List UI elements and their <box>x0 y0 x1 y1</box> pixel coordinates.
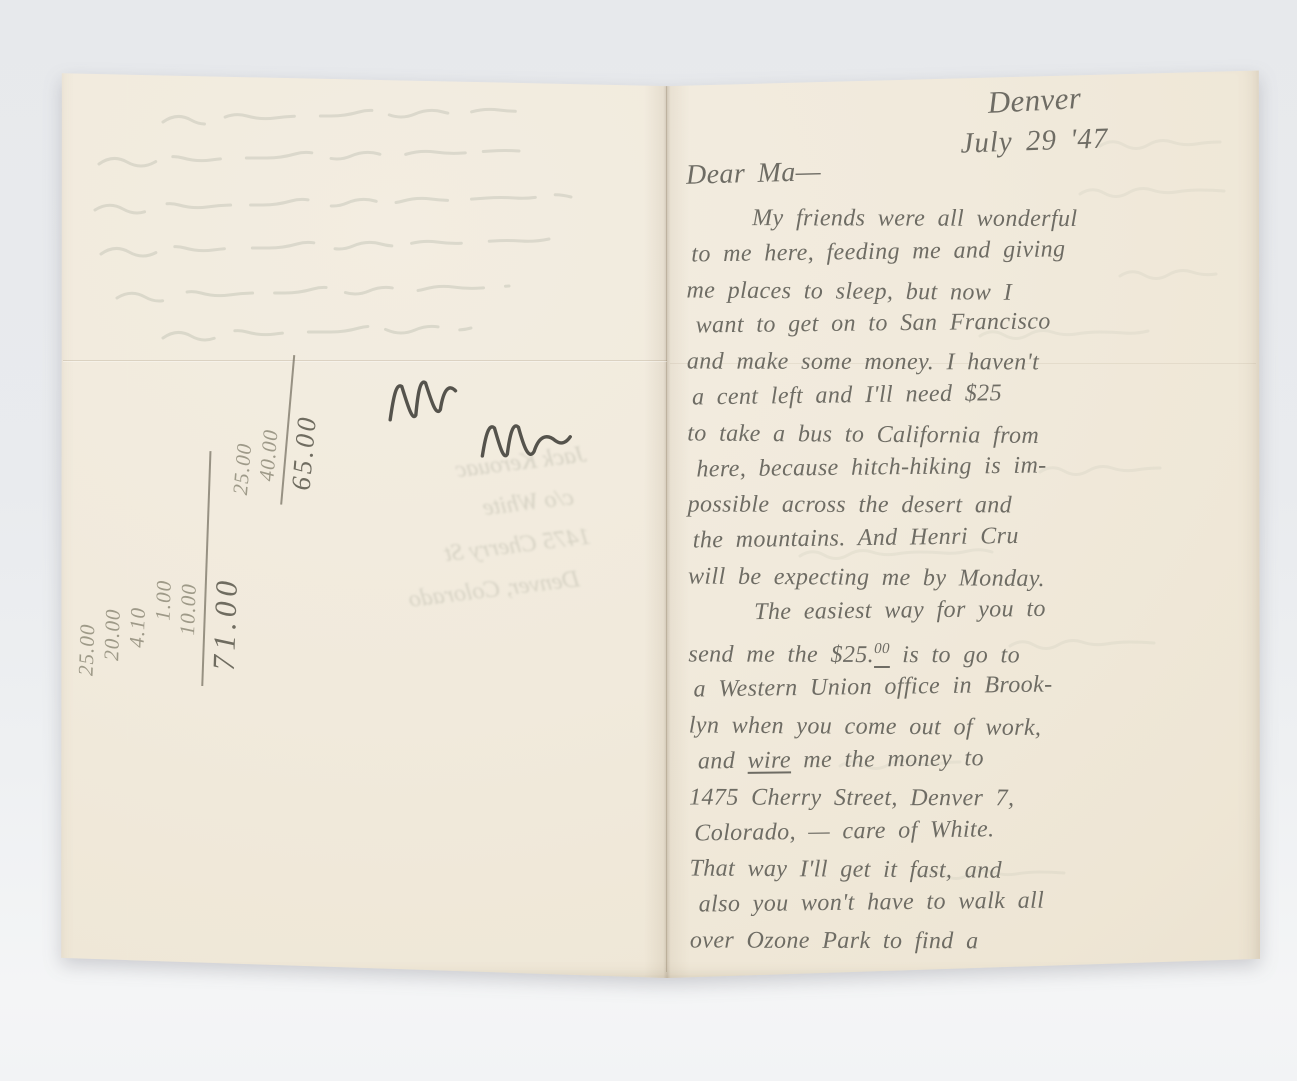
letter-body: My friends were all wonderfulto me here,… <box>686 198 1265 959</box>
center-fold-shading <box>644 66 690 978</box>
letter-photo: Jack Kerouacc/o White1475 Cherry StDenve… <box>60 66 1260 978</box>
letter-line: want to get on to San Francisco <box>695 302 1261 344</box>
letter-line: and wire me the money to <box>698 738 1264 780</box>
pencil-calculation: 25.0020.004.101.0010.0071.00 <box>66 414 256 714</box>
letter-date: July 29 '47 <box>960 122 1109 160</box>
bleed-through-address: Jack Kerouacc/o White1475 Cherry StDenve… <box>306 435 604 632</box>
bleed-through-paragraph <box>85 96 660 356</box>
center-fold-line <box>666 76 667 972</box>
letter-line: over Ozone Park to find a <box>690 923 1265 960</box>
letter-line: a cent left and I'll need $25 <box>692 373 1262 417</box>
calc-total: 71.00 <box>205 451 249 671</box>
letter-line: here, because hitch-hiking is im- <box>696 446 1262 488</box>
letter-place: Denver <box>987 79 1109 121</box>
letter-salutation: Dear Ma— <box>686 156 822 192</box>
date-block: Denver July 29 '47 <box>959 81 1108 160</box>
letter-line: to me here, feeding me and giving <box>691 229 1261 273</box>
horizontal-crease-left <box>63 360 667 361</box>
letter-line: The easiest way for you to <box>754 589 1263 631</box>
letter-line: also you won't have to walk all <box>699 881 1265 923</box>
letter-sheet: Jack Kerouacc/o White1475 Cherry StDenve… <box>60 66 1260 978</box>
letter-line: the mountains. And Henri Cru <box>693 516 1263 560</box>
letter-line: Colorado, — care of White. <box>694 808 1264 852</box>
letter-line: a Western Union office in Brook- <box>693 665 1263 709</box>
